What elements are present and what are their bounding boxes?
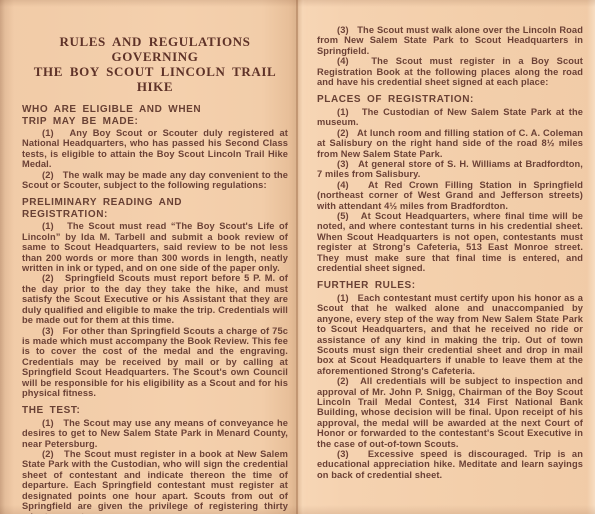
paragraph-preliminary-3: (3) For other than Springfield Scouts a … [22,326,288,399]
paragraph-test-1: (1) The Scout may use any means of conve… [22,418,288,449]
document-title: RULES AND REGULATIONS GOVERNING THE BOY … [22,34,288,94]
paragraph-further-1: (1) Each contestant must certify upon hi… [317,293,583,376]
right-page-column: (3) The Scout must walk alone over the L… [317,25,583,480]
document-title-line1: RULES AND REGULATIONS GOVERNING [59,34,250,64]
paragraph-places-4: (4) At Red Crown Filling Station in Spri… [317,180,583,211]
paragraph-further-2: (2) All credentials will be subject to i… [317,376,583,449]
section-heading-places: PLACES OF REGISTRATION: [317,94,583,106]
document-title-line2: THE BOY SCOUT LINCOLN TRAIL HIKE [34,64,277,94]
section-heading-further-rules: FURTHER RULES: [317,280,583,292]
section-heading-test: THE TEST: [22,405,288,417]
paragraph-test-2: (2) The Scout must register in a book at… [22,449,288,514]
paragraph-eligible-1: (1) Any Boy Scout or Scouter duly regist… [22,128,288,170]
paragraph-places-1: (1) The Custodian of New Salem State Par… [317,107,583,128]
left-page-column: RULES AND REGULATIONS GOVERNING THE BOY … [22,34,288,514]
paragraph-eligible-2: (2) The walk may be made any day conveni… [22,170,288,191]
paragraph-further-3: (3) Excessive speed is discouraged. Trip… [317,449,583,480]
paragraph-preliminary-2: (2) Springfield Scouts must report befor… [22,273,288,325]
paragraph-test-4: (4) The Scout must register in a Boy Sco… [317,56,583,87]
paragraph-test-3: (3) The Scout must walk alone over the L… [317,25,583,56]
section-heading-preliminary: PRELIMINARY READING AND REGISTRATION: [22,197,288,220]
center-fold-crease [296,0,298,514]
paragraph-places-3: (3) At general store of S. H. Williams a… [317,159,583,180]
paragraph-places-5: (5) At Scout Headquarters, where final t… [317,211,583,273]
paragraph-preliminary-1: (1) The Scout must read “The Boy Scout's… [22,221,288,273]
section-heading-eligible: WHO ARE ELIGIBLE AND WHEN TRIP MAY BE MA… [22,104,288,127]
pamphlet-page: RULES AND REGULATIONS GOVERNING THE BOY … [0,0,595,514]
paragraph-places-2: (2) At lunch room and filling station of… [317,128,583,159]
